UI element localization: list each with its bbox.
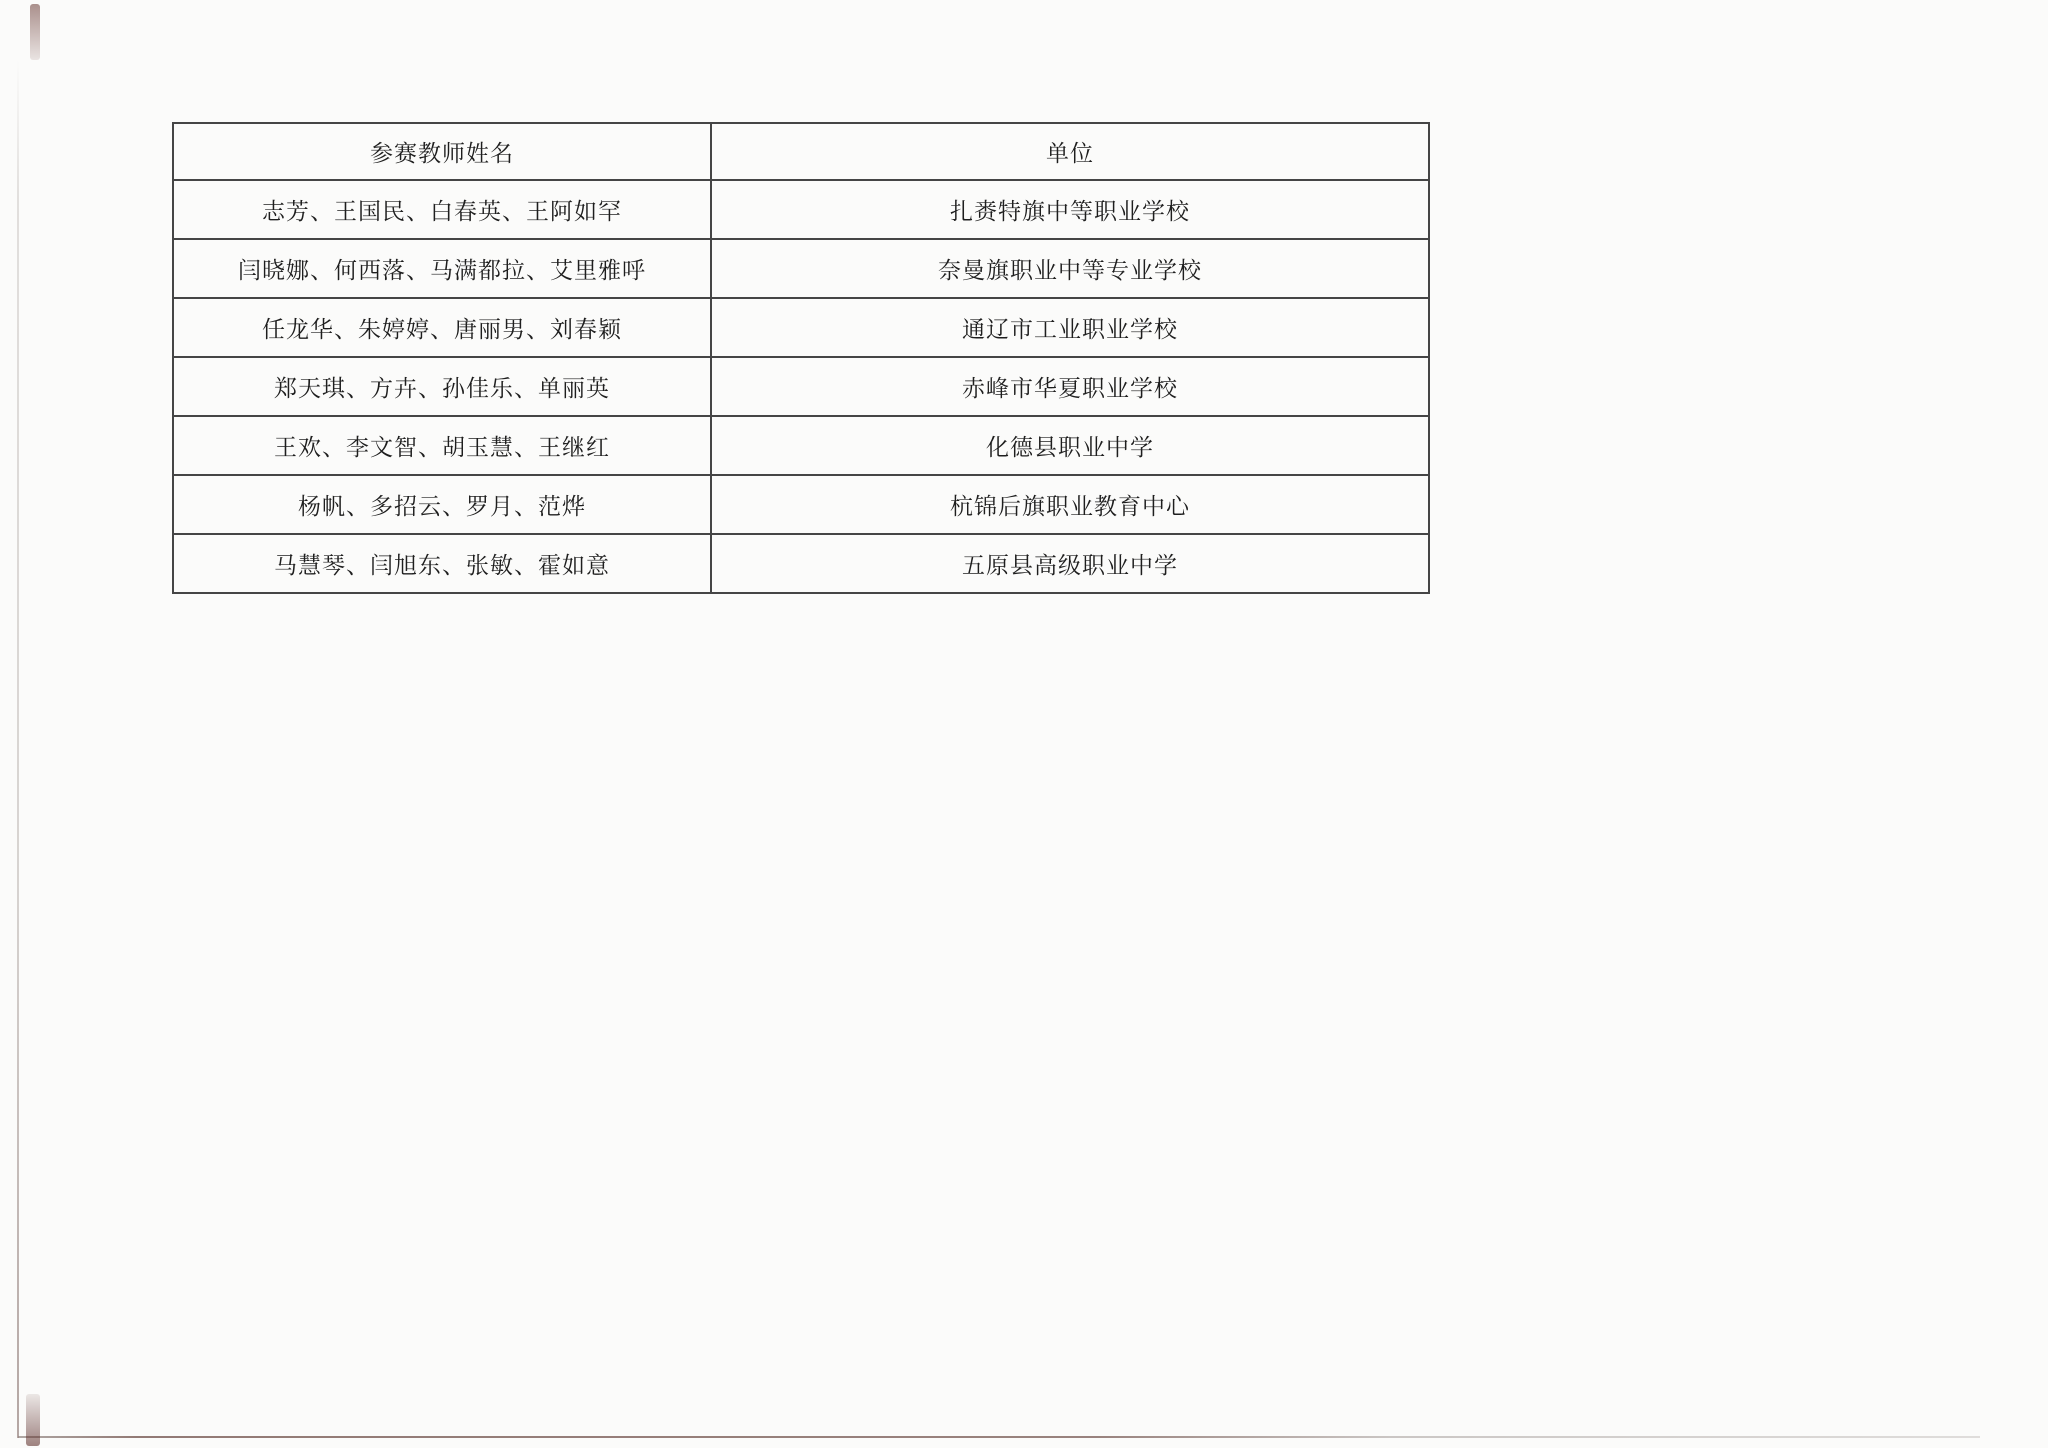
cell-unit: 杭锦后旗职业教育中心 — [711, 475, 1429, 534]
cell-teachers: 马慧琴、闫旭东、张敏、霍如意 — [173, 534, 711, 593]
column-header-teachers: 参赛教师姓名 — [173, 123, 711, 180]
table-row: 王欢、李文智、胡玉慧、王继红化德县职业中学 — [173, 416, 1429, 475]
table-row: 任龙华、朱婷婷、唐丽男、刘春颖通辽市工业职业学校 — [173, 298, 1429, 357]
table-row: 志芳、王国民、白春英、王阿如罕扎赉特旗中等职业学校 — [173, 180, 1429, 239]
scanned-page: 参赛教师姓名单位 志芳、王国民、白春英、王阿如罕扎赉特旗中等职业学校闫晓娜、何西… — [0, 0, 2048, 1448]
table-row: 杨帆、多招云、罗月、范烨杭锦后旗职业教育中心 — [173, 475, 1429, 534]
cell-unit: 扎赉特旗中等职业学校 — [711, 180, 1429, 239]
scan-edge-left-line — [17, 60, 19, 1438]
cell-unit: 奈曼旗职业中等专业学校 — [711, 239, 1429, 298]
table-row: 马慧琴、闫旭东、张敏、霍如意五原县高级职业中学 — [173, 534, 1429, 593]
cell-teachers: 王欢、李文智、胡玉慧、王继红 — [173, 416, 711, 475]
cell-unit: 化德县职业中学 — [711, 416, 1429, 475]
teachers-table: 参赛教师姓名单位 志芳、王国民、白春英、王阿如罕扎赉特旗中等职业学校闫晓娜、何西… — [172, 122, 1430, 594]
cell-teachers: 闫晓娜、何西落、马满都拉、艾里雅呼 — [173, 239, 711, 298]
cell-teachers: 郑天琪、方卉、孙佳乐、单丽英 — [173, 357, 711, 416]
scan-edge-bottom-line — [18, 1436, 1980, 1438]
column-header-unit: 单位 — [711, 123, 1429, 180]
scan-smudge-bottom-left — [26, 1394, 40, 1446]
cell-teachers: 杨帆、多招云、罗月、范烨 — [173, 475, 711, 534]
table-body: 志芳、王国民、白春英、王阿如罕扎赉特旗中等职业学校闫晓娜、何西落、马满都拉、艾里… — [173, 180, 1429, 593]
scan-smudge-top-left — [30, 4, 40, 60]
table-row: 闫晓娜、何西落、马满都拉、艾里雅呼奈曼旗职业中等专业学校 — [173, 239, 1429, 298]
cell-unit: 赤峰市华夏职业学校 — [711, 357, 1429, 416]
cell-unit: 通辽市工业职业学校 — [711, 298, 1429, 357]
cell-teachers: 志芳、王国民、白春英、王阿如罕 — [173, 180, 711, 239]
cell-unit: 五原县高级职业中学 — [711, 534, 1429, 593]
table-row: 郑天琪、方卉、孙佳乐、单丽英赤峰市华夏职业学校 — [173, 357, 1429, 416]
table-header-row: 参赛教师姓名单位 — [173, 123, 1429, 180]
cell-teachers: 任龙华、朱婷婷、唐丽男、刘春颖 — [173, 298, 711, 357]
